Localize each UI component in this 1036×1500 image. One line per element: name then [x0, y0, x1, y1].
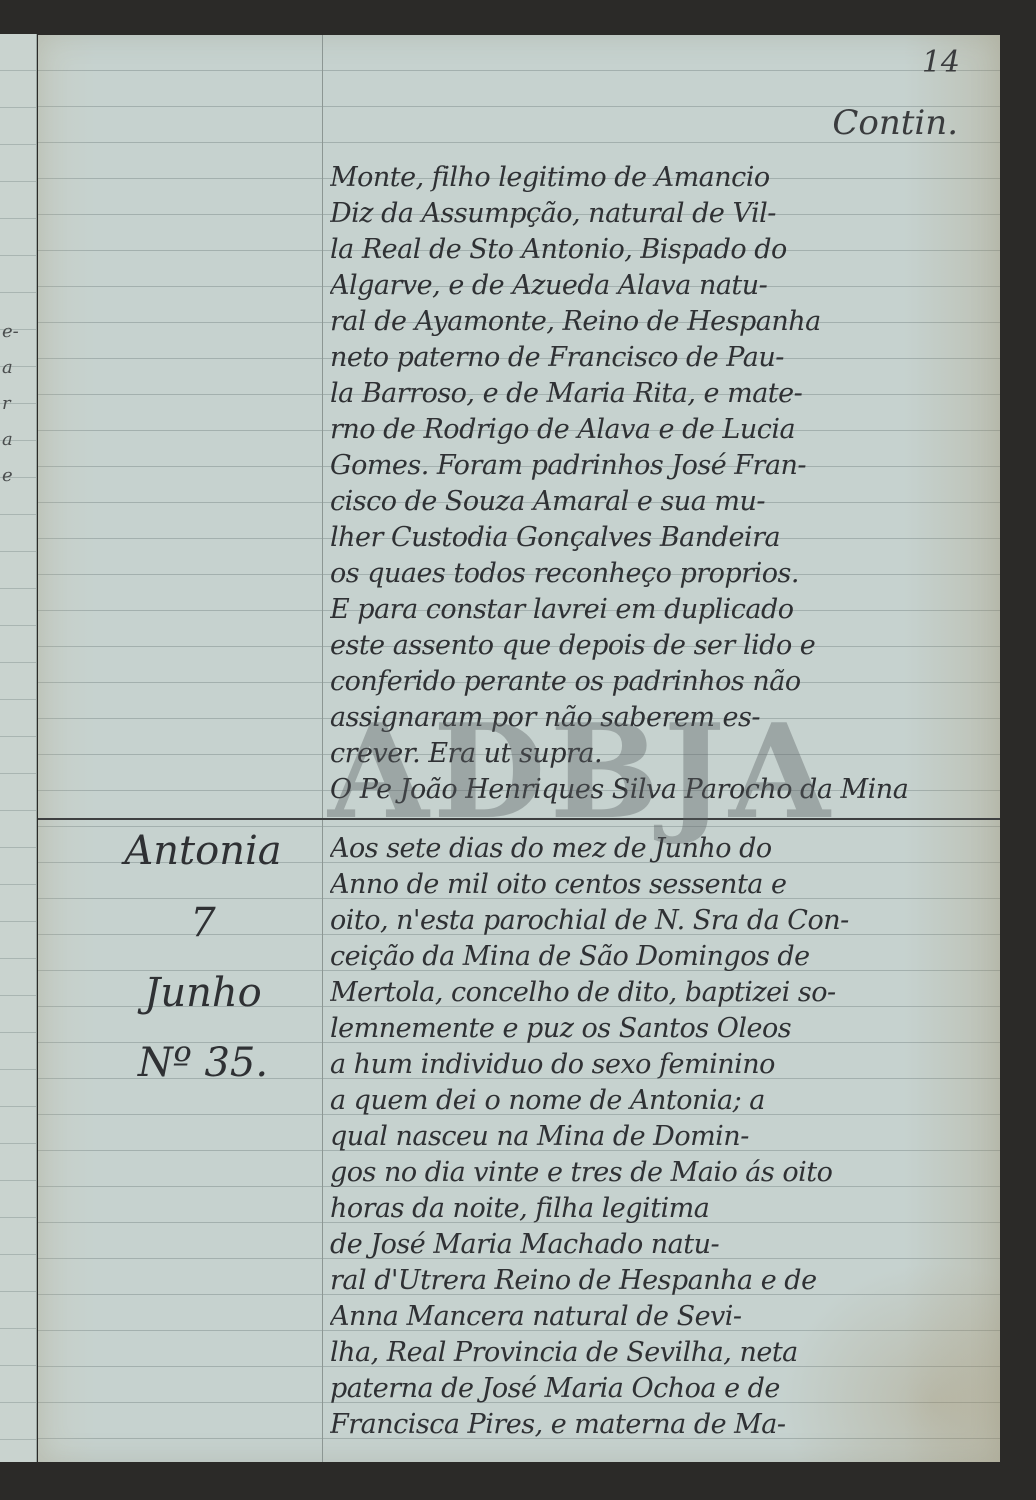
margin-entry-number: Nº 35.: [88, 1040, 318, 1086]
text-line: Anno de mil oito centos sessenta e: [330, 867, 990, 903]
text-line: paterna de José Maria Ochoa e de: [330, 1371, 990, 1407]
text-line: crever. Era ut supra.: [330, 736, 990, 772]
fragment: a: [2, 422, 32, 458]
text-line: Monte, filho legitimo de Amancio: [330, 160, 990, 196]
text-line: lha, Real Provincia de Sevilha, neta: [330, 1335, 990, 1371]
fragment: e: [2, 458, 32, 494]
text-line: Francisca Pires, e materna de Ma-: [330, 1407, 990, 1443]
text-line: a hum individuo do sexo feminino: [330, 1047, 990, 1083]
continuation-header: Contin.: [832, 103, 958, 143]
text-line: ceição da Mina de São Domingos de: [330, 939, 990, 975]
signature-line: O Pe João Henriques Silva Parocho da Min…: [330, 772, 990, 808]
text-line: neto paterno de Francisco de Pau-: [330, 340, 990, 376]
text-line: este assento que depois de ser lido e: [330, 628, 990, 664]
margin-child-name: Antonia: [88, 828, 318, 874]
text-line: Mertola, concelho de dito, baptizei so-: [330, 975, 990, 1011]
text-line: Anna Mancera natural de Sevi-: [330, 1299, 990, 1335]
text-line: lher Custodia Gonçalves Bandeira: [330, 520, 990, 556]
text-line: Gomes. Foram padrinhos José Fran-: [330, 448, 990, 484]
text-line: cisco de Souza Amaral e sua mu-: [330, 484, 990, 520]
fragment: a: [2, 350, 32, 386]
text-line: Aos sete dias do mez de Junho do: [330, 831, 990, 867]
text-line: Diz da Assumpção, natural de Vil-: [330, 196, 990, 232]
entry-2-text: Aos sete dias do mez de Junho do Anno de…: [330, 831, 990, 1443]
previous-page-fragments: e- a r a e: [2, 314, 32, 494]
page-number: 14: [922, 45, 960, 80]
text-line: qual nasceu na Mina de Domin-: [330, 1119, 990, 1155]
text-line: de José Maria Machado natu-: [330, 1227, 990, 1263]
text-line: oito, n'esta parochial de N. Sra da Con-: [330, 903, 990, 939]
margin-column-rule: [322, 35, 323, 1462]
text-line: la Real de Sto Antonio, Bispado do: [330, 232, 990, 268]
text-line: gos no dia vinte e tres de Maio ás oito: [330, 1155, 990, 1191]
text-line: la Barroso, e de Maria Rita, e mate-: [330, 376, 990, 412]
text-line: ral d'Utrera Reino de Hespanha e de: [330, 1263, 990, 1299]
margin-month: Junho: [88, 970, 318, 1016]
fragment: r: [2, 386, 32, 422]
text-line: rno de Rodrigo de Alava e de Lucia: [330, 412, 990, 448]
text-line: E para constar lavrei em duplicado: [330, 592, 990, 628]
register-page: 14 Contin. Monte, filho legitimo de Aman…: [38, 35, 1000, 1462]
text-line: os quaes todos reconheço proprios.: [330, 556, 990, 592]
text-line: horas da noite, filha legitima: [330, 1191, 990, 1227]
text-line: assignaram por não saberem es-: [330, 700, 990, 736]
fragment: e-: [2, 314, 32, 350]
text-line: lemnemente e puz os Santos Oleos: [330, 1011, 990, 1047]
text-line: a quem dei o nome de Antonia; a: [330, 1083, 990, 1119]
text-line: ral de Ayamonte, Reino de Hespanha: [330, 304, 990, 340]
text-line: Algarve, e de Azueda Alava natu-: [330, 268, 990, 304]
previous-page-edge: e- a r a e: [0, 34, 37, 1462]
margin-day: 7: [88, 900, 318, 946]
entry-1-continued-text: Monte, filho legitimo de Amancio Diz da …: [330, 160, 990, 808]
text-line: conferido perante os padrinhos não: [330, 664, 990, 700]
entry-separator-rule: [38, 818, 1000, 820]
